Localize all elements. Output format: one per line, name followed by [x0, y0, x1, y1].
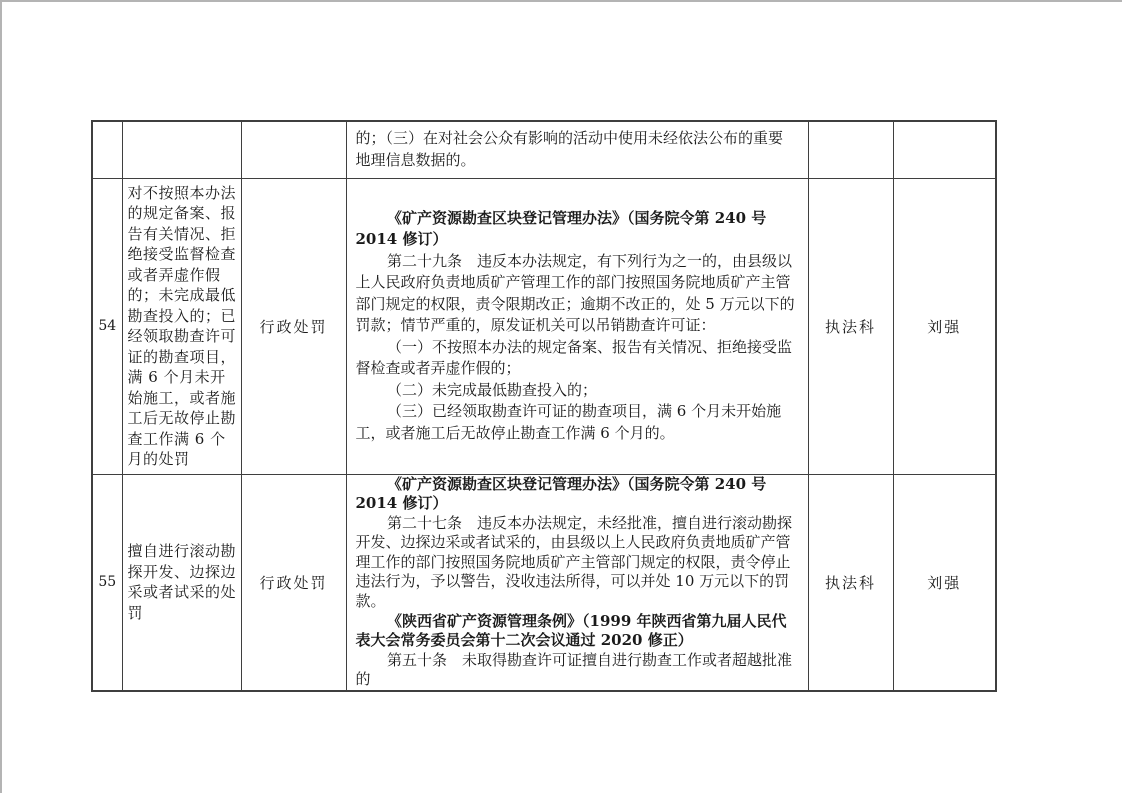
legal-basis-cell: 的；（三）在对社会公众有影响的活动中使用未经依法公布的重要地理信息数据的。	[346, 121, 808, 178]
penalty-items-table: 的；（三）在对社会公众有影响的活动中使用未经依法公布的重要地理信息数据的。 54…	[91, 120, 997, 692]
table-row-55: 55 擅自进行滚动勘探开发、边探边采或者试采的处罚 行政处罚 《矿产资源勘查区块…	[92, 474, 996, 691]
department-cell: 执法科	[808, 178, 893, 474]
legal-paragraph: 第二十七条 违反本办法规定，未经批准，擅自进行滚动勘探开发、边探边采或者试采的，…	[356, 514, 798, 612]
legal-paragraph: （一）不按照本办法的规定备案、报告有关情况、拒绝接受监督检查或者弄虚作假的；	[356, 337, 798, 380]
legal-paragraph: （三）已经领取勘查许可证的勘查项目，满 6 个月未开始施工，或者施工后无故停止勘…	[356, 401, 798, 444]
person-cell: 刘强	[893, 178, 996, 474]
legal-title: 《矿产资源勘查区块登记管理办法》（国务院令第 240 号 2014 修订）	[356, 475, 798, 514]
item-cell: 擅自进行滚动勘探开发、边探边采或者试采的处罚	[122, 474, 241, 691]
person-cell	[893, 121, 996, 178]
item-cell	[122, 121, 241, 178]
table-row-continuation: 的；（三）在对社会公众有影响的活动中使用未经依法公布的重要地理信息数据的。	[92, 121, 996, 178]
window-edge-left	[0, 0, 2, 793]
table-row-54: 54 对不按照本办法的规定备案、报告有关情况、拒绝接受监督检查或者弄虚作假的；未…	[92, 178, 996, 474]
legal-title: 《陕西省矿产资源管理条例》（1999 年陕西省第九届人民代表大会常务委员会第十二…	[356, 612, 798, 651]
legal-basis-cell: 《矿产资源勘查区块登记管理办法》（国务院令第 240 号 2014 修订） 第二…	[346, 178, 808, 474]
legal-paragraph: 第二十九条 违反本办法规定，有下列行为之一的，由县级以上人民政府负责地质矿产管理…	[356, 251, 798, 337]
seq-cell	[92, 121, 122, 178]
seq-cell: 54	[92, 178, 122, 474]
category-cell	[241, 121, 346, 178]
window-edge-top	[0, 0, 1122, 2]
item-cell: 对不按照本办法的规定备案、报告有关情况、拒绝接受监督检查或者弄虚作假的；未完成最…	[122, 178, 241, 474]
legal-basis-cell: 《矿产资源勘查区块登记管理办法》（国务院令第 240 号 2014 修订） 第二…	[346, 474, 808, 691]
legal-paragraph: 的；（三）在对社会公众有影响的活动中使用未经依法公布的重要地理信息数据的。	[356, 127, 798, 171]
legal-title: 《矿产资源勘查区块登记管理办法》（国务院令第 240 号 2014 修订）	[356, 208, 798, 251]
department-cell	[808, 121, 893, 178]
category-cell: 行政处罚	[241, 474, 346, 691]
department-cell: 执法科	[808, 474, 893, 691]
legal-paragraph: （二）未完成最低勘查投入的；	[356, 380, 798, 402]
legal-paragraph: 第五十条 未取得勘查许可证擅自进行勘查工作或者超越批准的	[356, 651, 798, 690]
category-cell: 行政处罚	[241, 178, 346, 474]
seq-cell: 55	[92, 474, 122, 691]
person-cell: 刘强	[893, 474, 996, 691]
